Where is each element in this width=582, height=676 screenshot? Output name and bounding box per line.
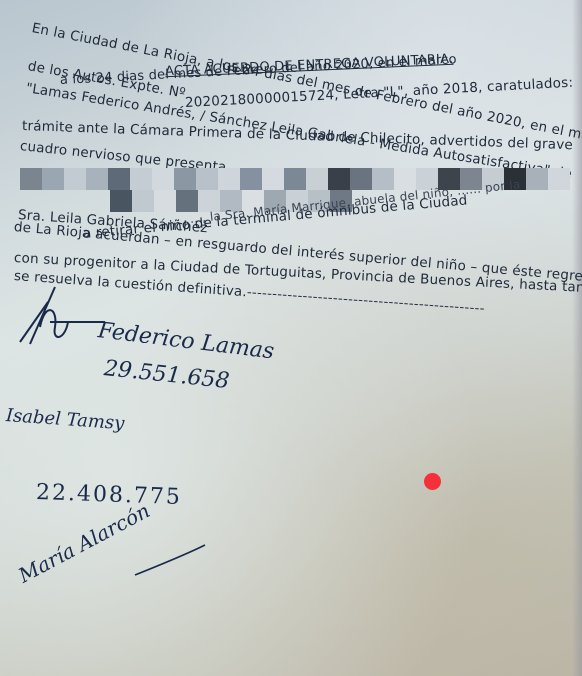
red-marker-dot — [424, 473, 441, 490]
signature-flourish — [130, 540, 210, 580]
paper-edge — [572, 0, 582, 676]
signature-id: 22.408.775 — [36, 480, 183, 510]
